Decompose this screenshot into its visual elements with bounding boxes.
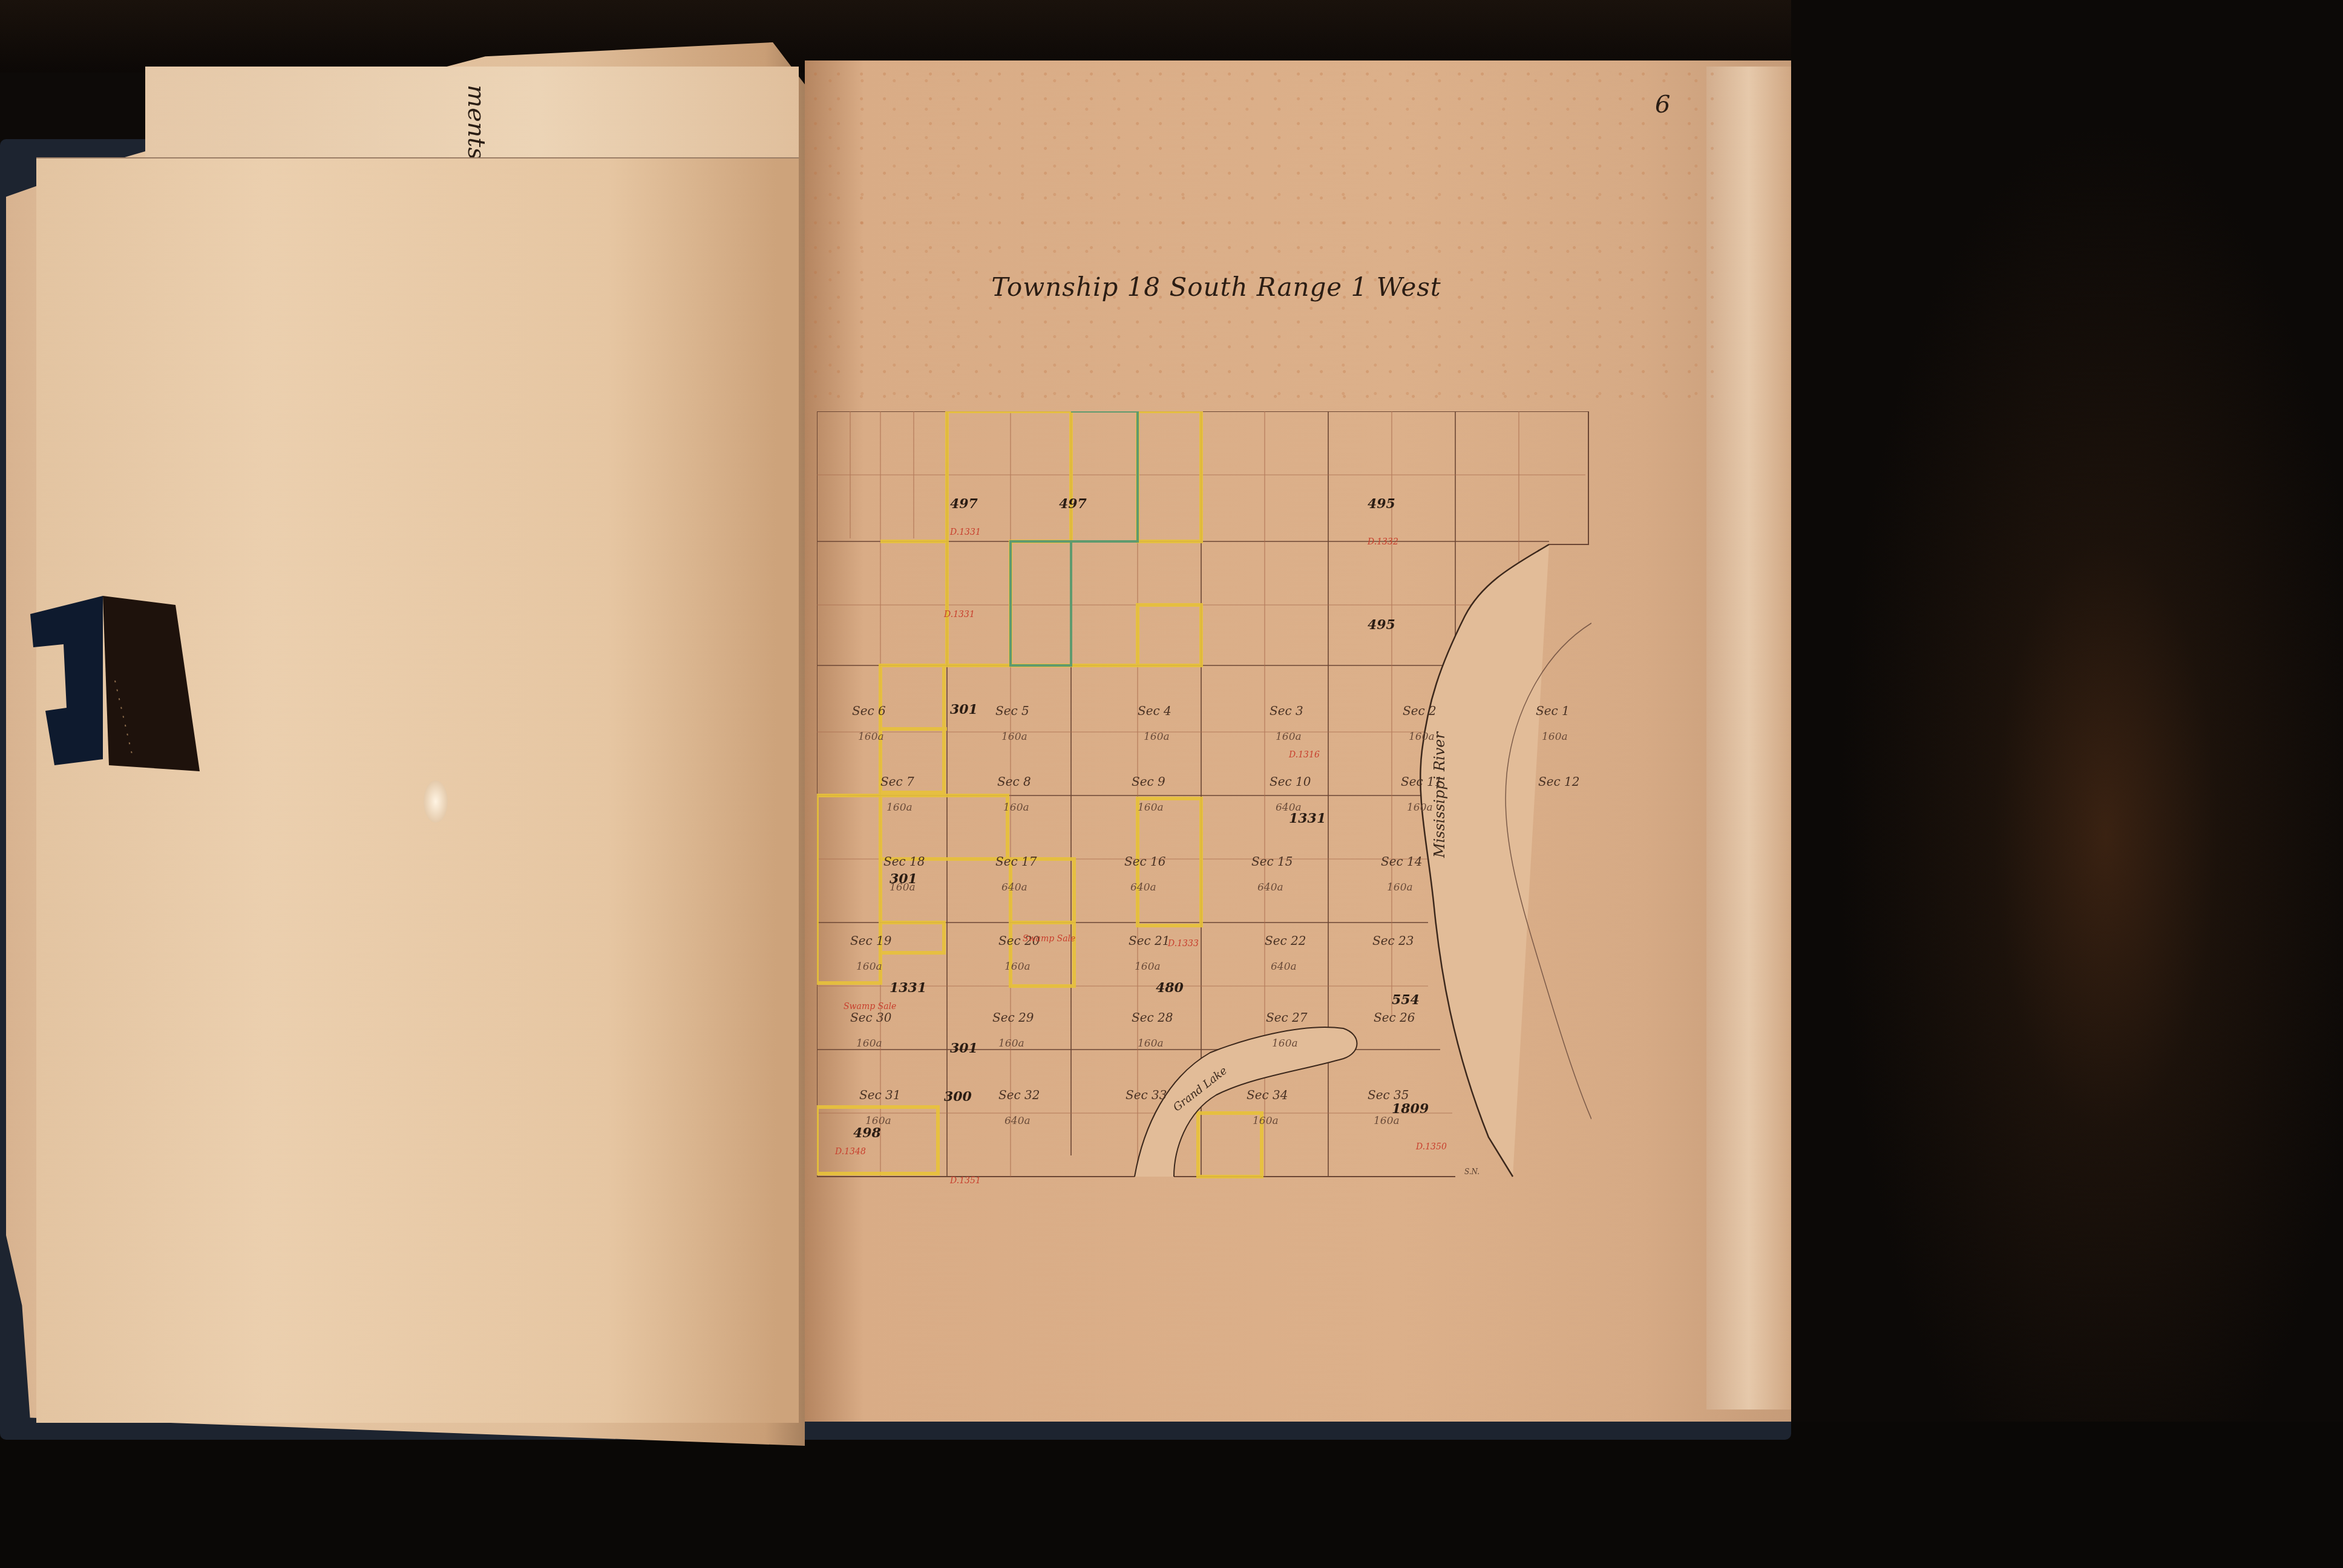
section-label: Sec 34 [1247,1088,1288,1102]
red-annotation: D.1348 [835,1147,866,1157]
section-label: Sec 10 [1270,774,1311,789]
acreage-label: 160a [1138,1037,1164,1050]
section-label: Sec 3 [1270,704,1303,718]
section-label: Sec 12 [1538,774,1580,789]
red-annotation: D.1333 [1168,939,1199,949]
claim-entry: 497 [950,496,978,512]
section-label: Sec 15 [1251,854,1293,869]
section-label: Sec 28 [1132,1010,1173,1025]
red-annotation: D.1331 [944,610,975,619]
red-annotation: Swamp Sale [844,1002,896,1011]
section-label: Sec 26 [1374,1010,1415,1025]
claim-entry: 1809 [1392,1101,1429,1117]
acreage-label: 160a [1001,731,1027,743]
section-label: Sec 7 [880,774,914,789]
left-page-sheet [36,157,799,1423]
acreage-label: 160a [1407,802,1433,814]
acreage-label: 160a [1004,961,1031,973]
acreage-label: 640a [1271,961,1297,973]
claim-entry: 554 [1392,992,1420,1008]
acreage-label: 640a [1004,1115,1031,1127]
section-label: Sec 1 [1536,704,1570,718]
section-label: Sec 30 [850,1010,892,1025]
section-label: Sec 14 [1381,854,1423,869]
section-label: Sec 33 [1126,1088,1167,1102]
acreage-label: 160a [1138,802,1164,814]
section-label: Sec 32 [998,1088,1040,1102]
township-grid [817,411,1591,1180]
acreage-label: 160a [998,1037,1024,1050]
acreage-label: 160a [1276,731,1302,743]
table-background [1791,0,2343,1568]
acreage-label: 160a [1272,1037,1298,1050]
foxing-stains [811,67,1719,405]
claim-entry: 495 [1368,617,1395,633]
acreage-label: 160a [856,961,882,973]
claim-entry: 480 [1156,980,1184,996]
spine-label: ments [454,85,490,151]
section-label: Sec 19 [850,933,892,948]
map-title: Township 18 South Range 1 West [986,272,1446,302]
claim-entry: 300 [944,1089,972,1105]
acreage-label: 640a [1130,881,1156,893]
acreage-label: 640a [1257,881,1283,893]
section-label: Sec 31 [859,1088,901,1102]
acreage-label: 160a [858,731,884,743]
section-label: Sec 16 [1124,854,1166,869]
red-annotation: D.1316 [1289,750,1320,760]
red-annotation: D.1350 [1416,1142,1447,1152]
acreage-label: 160a [856,1037,882,1050]
claim-entry: 498 [853,1125,881,1141]
claim-entry: 301 [950,702,978,717]
acreage-label: 160a [1542,731,1568,743]
acreage-label: 160a [1003,802,1029,814]
section-label: Sec 4 [1138,704,1171,718]
acreage-label: 160a [1253,1115,1279,1127]
claim-entry: 1331 [1289,811,1326,826]
section-label: Sec 35 [1368,1088,1409,1102]
section-label: Sec 23 [1372,933,1414,948]
red-annotation: Swamp Sale [1023,934,1075,944]
township-map: Sec 6160aSec 5160aSec 4160aSec 3160aSec … [817,411,1591,1180]
page-weight-icon [24,578,200,783]
section-label: Sec 22 [1265,933,1306,948]
section-label: Sec 27 [1266,1010,1308,1025]
paper-stain [424,780,448,823]
red-annotation: D.1332 [1368,537,1398,547]
table-background [0,1422,2343,1568]
acreage-label: 160a [1144,731,1170,743]
section-label: Sec 9 [1132,774,1165,789]
section-label: Sec 17 [995,854,1037,869]
section-label: Sec 18 [883,854,925,869]
corner-note: S.N. [1464,1168,1480,1176]
claim-entry: 301 [890,871,917,887]
acreage-label: 160a [1387,881,1413,893]
page-edge [1706,67,1791,1410]
acreage-label: 160a [886,802,913,814]
section-label: Sec 2 [1403,704,1437,718]
section-label: Sec 21 [1129,933,1170,948]
red-annotation: D.1331 [950,528,981,537]
acreage-label: 640a [1001,881,1027,893]
claim-entry: 497 [1059,496,1087,512]
claim-entry: 495 [1368,496,1395,512]
claim-entry: 301 [950,1040,978,1056]
river-label: Mississippi River [1431,732,1448,858]
section-label: Sec 29 [992,1010,1034,1025]
red-annotation: D.1351 [950,1176,981,1186]
claim-entry: 1331 [890,980,926,996]
section-label: Sec 5 [995,704,1029,718]
page-number: 6 [1655,91,1670,119]
section-label: Sec 6 [852,704,886,718]
acreage-label: 160a [1135,961,1161,973]
section-label: Sec 8 [997,774,1031,789]
page-weight[interactable] [24,578,200,783]
